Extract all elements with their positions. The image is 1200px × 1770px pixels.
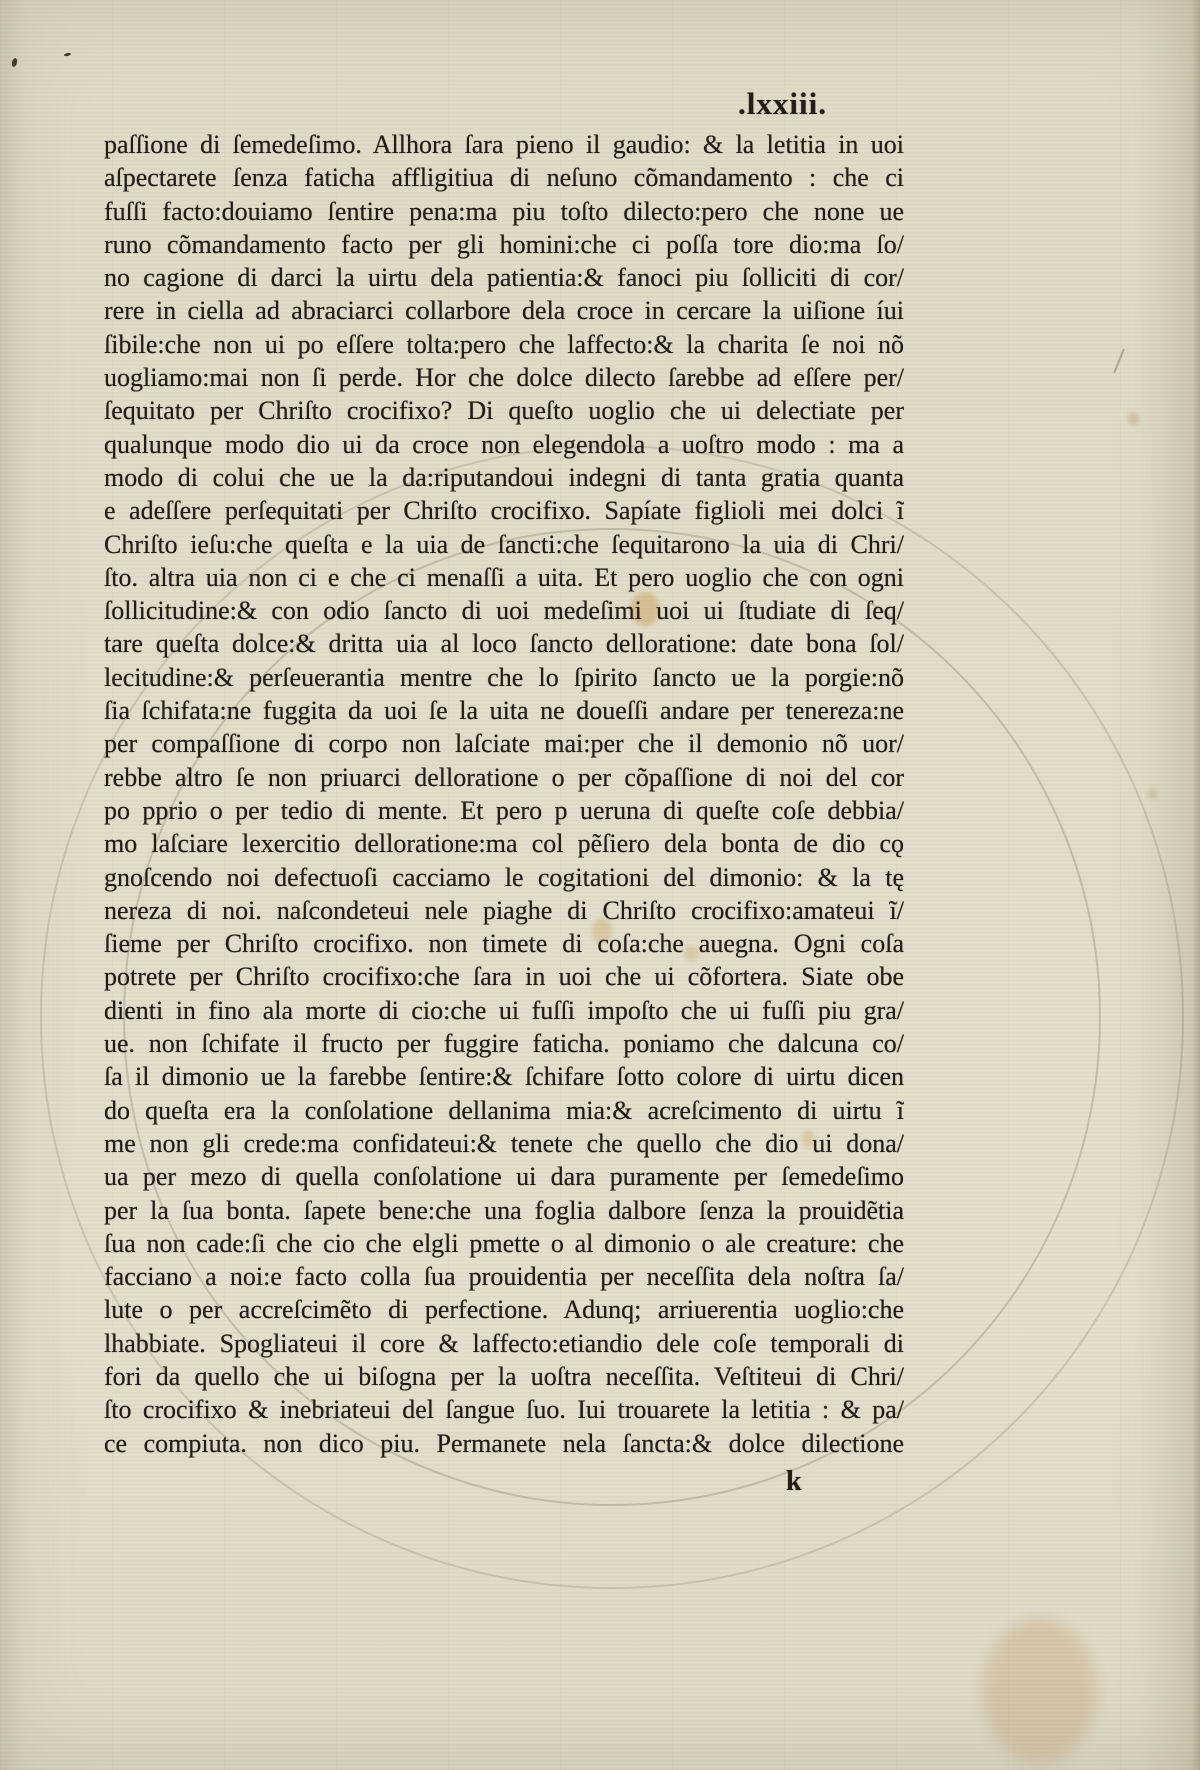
text-line: lecitudine:& perſeuerantia mentre che lo… (104, 661, 904, 694)
text-line: fuſſi facto:douiamo ſentire pena:ma piu … (104, 195, 904, 228)
text-line: per compaſſione di corpo non laſciate ma… (104, 727, 904, 760)
text-line: ſia ſchifata:ne fuggita da uoi ſe la uit… (104, 694, 904, 727)
text-line: runo cõmandamento facto per gli homini:c… (104, 228, 904, 261)
text-line: rere in ciella ad abraciarci collarbore … (104, 294, 904, 327)
text-line: uogliamo:mai non ſi perde. Hor che dolce… (104, 361, 904, 394)
text-line: ſua non cade:ſi che cio che elgli pmette… (104, 1227, 904, 1260)
text-line: gnoſcendo noi defectuoſi cacciamo le cog… (104, 861, 904, 894)
text-line: ſieme per Chriſto crocifixo. non timete … (104, 927, 904, 960)
folio-number: .lxxiii. (738, 86, 838, 122)
text-line: mo laſciare lexercitio delloratione:ma c… (104, 827, 904, 860)
foxing-spot (1128, 412, 1139, 425)
text-line: Chriſto ieſu:che queſta e la uia de ſanc… (104, 528, 904, 561)
text-line: po pprio o per tedio di mente. Et pero p… (104, 794, 904, 827)
body-text: paſſione di ſemedeſimo. Allhora ſara pie… (104, 128, 904, 1460)
text-line: dienti in fino ala morte di cio:che ui f… (104, 994, 904, 1027)
foxing-spot (1148, 788, 1157, 799)
text-line: ſibile:che non ui po eſſere tolta:pero c… (104, 328, 904, 361)
text-line: lute o per accreſcimẽto di perfectione. … (104, 1293, 904, 1326)
text-line: me non gli crede:ma confidateui:& tenete… (104, 1127, 904, 1160)
text-line: per la ſua bonta. ſapete bene:che una fo… (104, 1194, 904, 1227)
text-line: facciano a noi:e facto colla ſua prouide… (104, 1260, 904, 1293)
text-line: ſollicitudine:& con odio ſancto di uoi m… (104, 594, 904, 627)
text-line: ue. non ſchifate il fructo per fuggire f… (104, 1027, 904, 1060)
text-line: fori da quello che ui biſogna per la uoſ… (104, 1360, 904, 1393)
text-line: rebbe altro ſe non priuarci delloratione… (104, 761, 904, 794)
text-line: ſto crocifixo & inebriateui del ſangue ſ… (104, 1393, 904, 1426)
foxing-spot (982, 1618, 1097, 1763)
text-line: do queſta era la conſolatione dellanima … (104, 1094, 904, 1127)
text-line: ua per mezo di quella conſolatione ui da… (104, 1160, 904, 1193)
text-line: paſſione di ſemedeſimo. Allhora ſara pie… (104, 128, 904, 161)
text-line: ce compiuta. non dico piu. Permanete nel… (104, 1427, 904, 1460)
text-line: aſpectarete ſenza faticha affligitiua di… (104, 161, 904, 194)
paper-scratch (1113, 349, 1125, 374)
text-line: ſa il dimonio ue la farebbe ſentire:& ſc… (104, 1060, 904, 1093)
text-line: nereza di noi. naſcondeteui nele piaghe … (104, 894, 904, 927)
text-line: no cagione di darci la uirtu dela patien… (104, 261, 904, 294)
text-line: modo di colui che ue la da:riputandoui i… (104, 461, 904, 494)
book-page: .lxxiii. paſſione di ſemedeſimo. Allhora… (0, 0, 1200, 1770)
text-line: ſto. altra uia non ci e che ci menaſſi a… (104, 561, 904, 594)
ink-speck (11, 58, 18, 68)
text-line: tare queſta dolce:& dritta uia al loco ſ… (104, 627, 904, 660)
text-line: lhabbiate. Spogliateui il core & laffect… (104, 1327, 904, 1360)
ink-speck (64, 52, 71, 56)
text-line: potrete per Chriſto crocifixo:che ſara i… (104, 960, 904, 993)
text-line: qualunque modo dio ui da croce non elege… (104, 428, 904, 461)
signature-mark: k (786, 1466, 802, 1498)
text-line: ſequitato per Chriſto crocifixo? Di queſ… (104, 394, 904, 427)
text-line: e adeſſere perſequitati per Chriſto croc… (104, 494, 904, 527)
